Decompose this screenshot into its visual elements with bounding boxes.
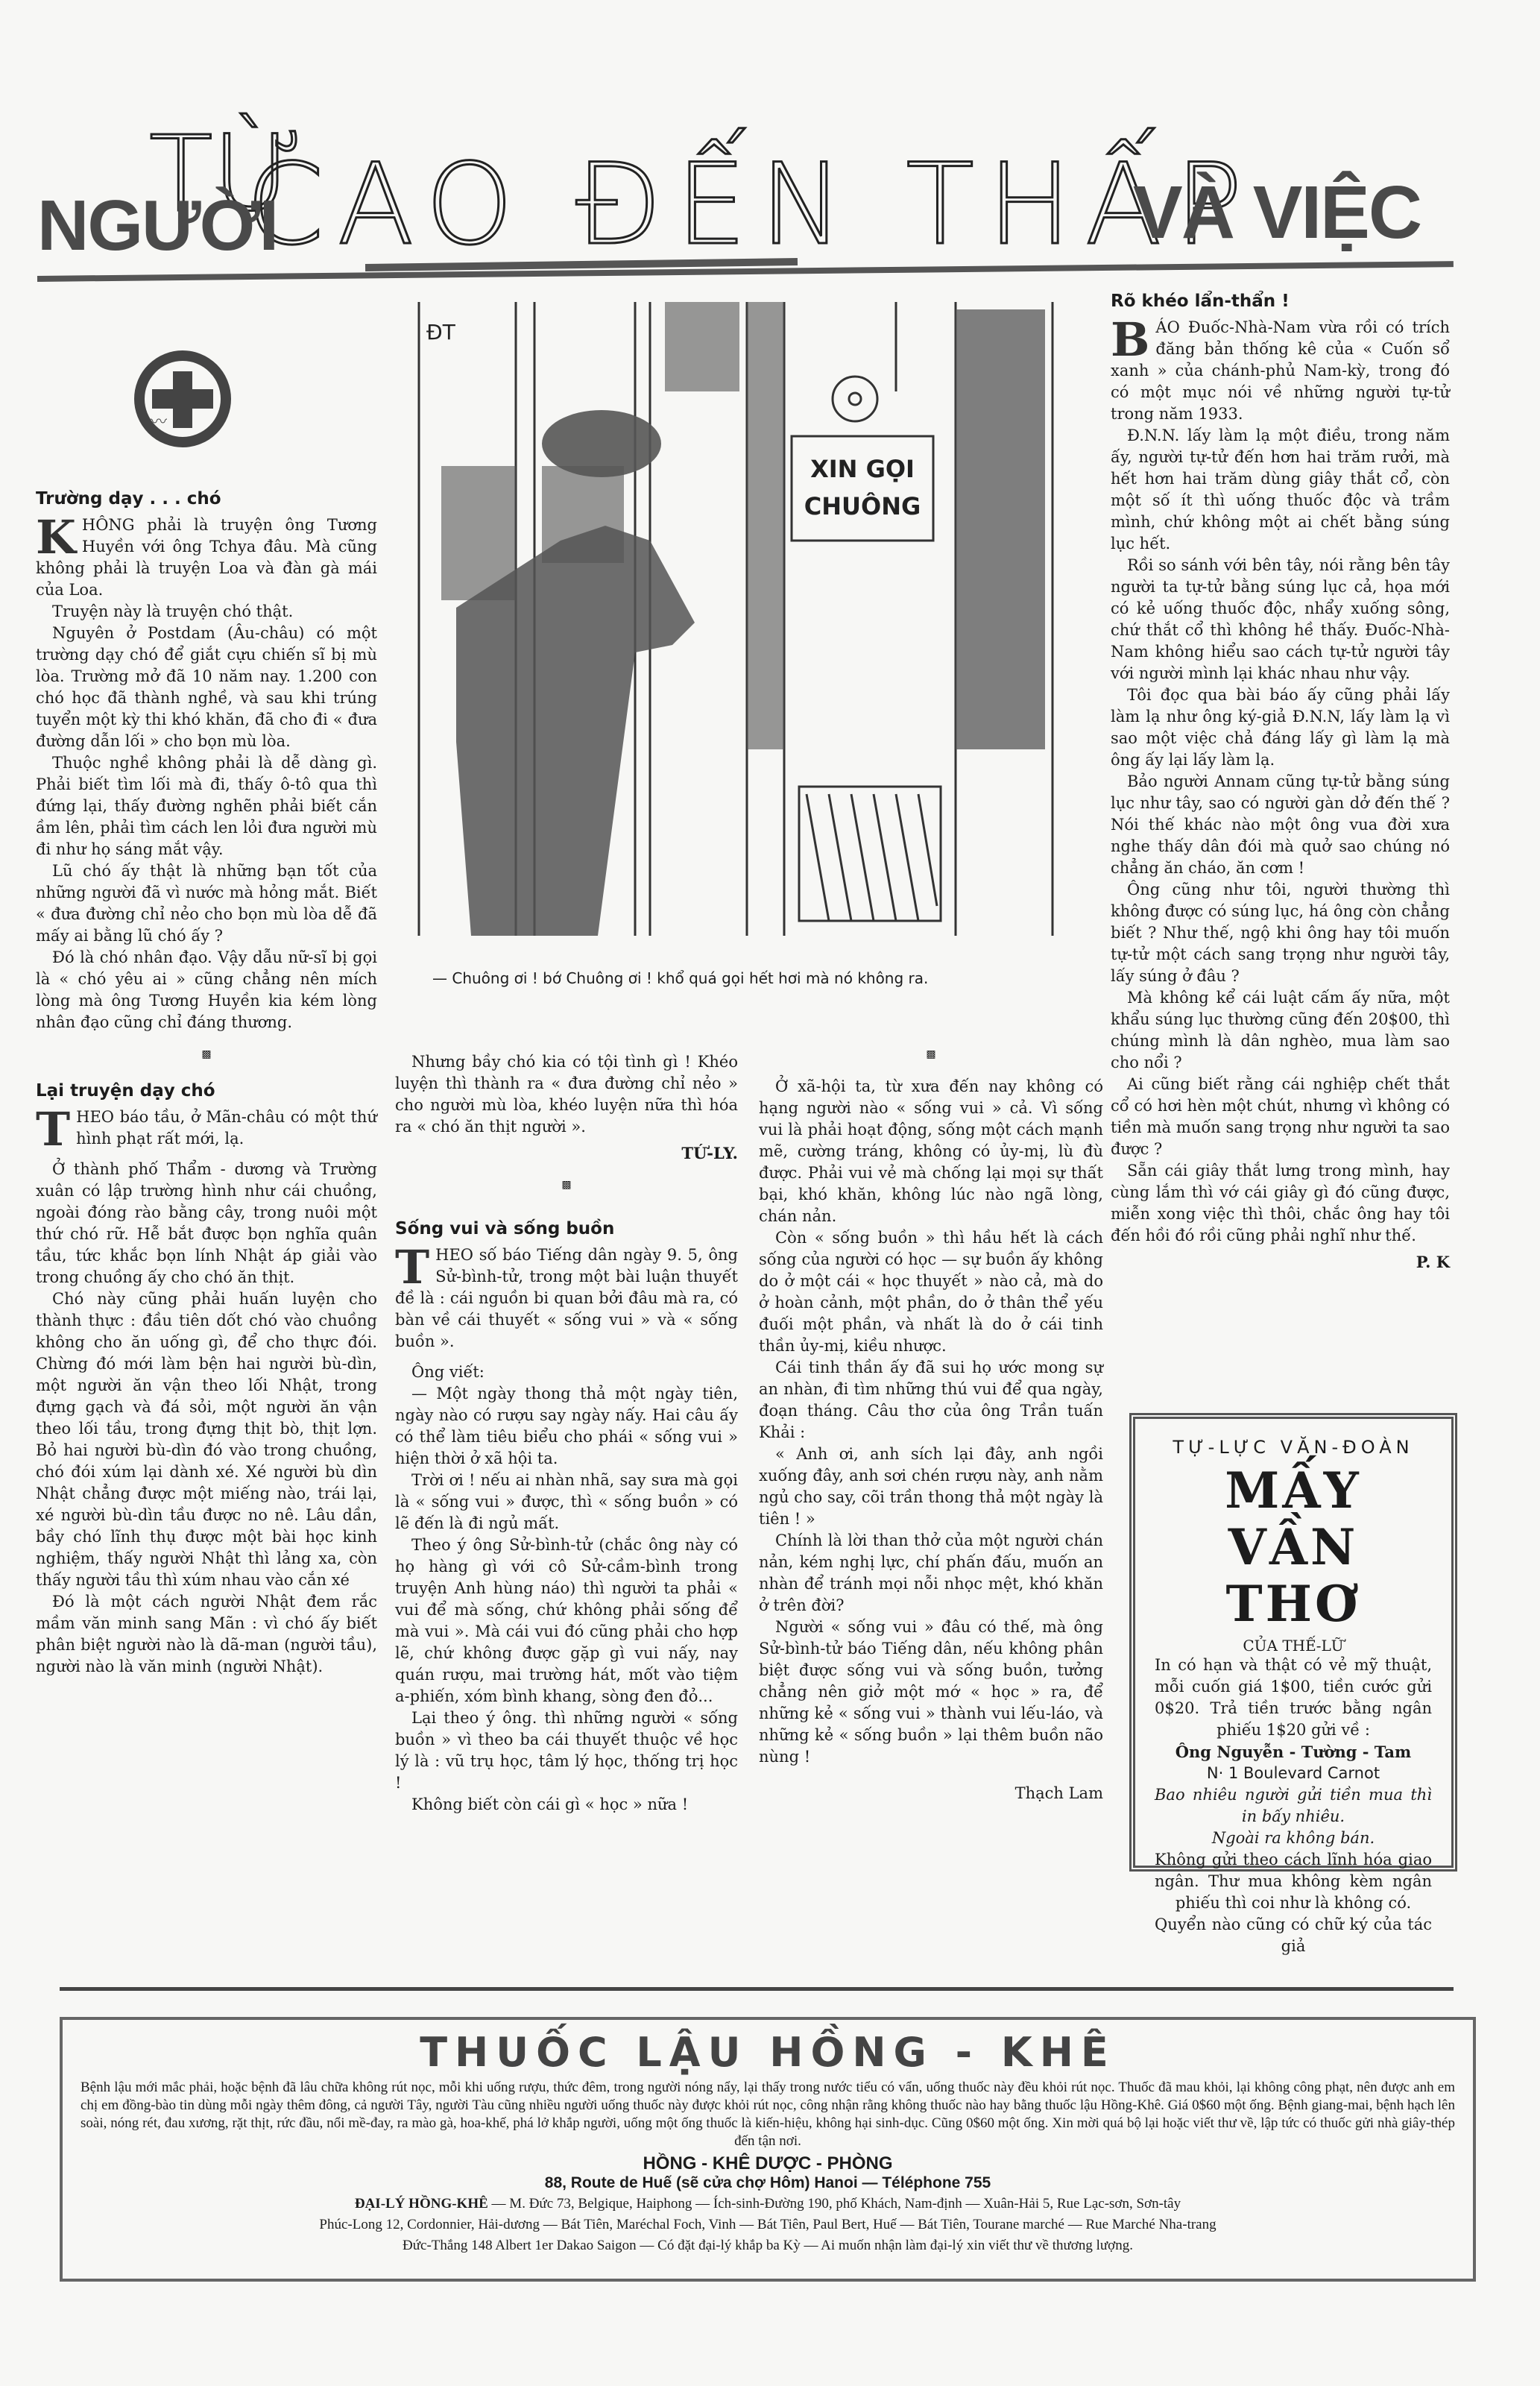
article-paragraph: Còn « sống buồn » thì hầu hết là cách số… — [759, 1227, 1103, 1357]
article-paragraph: Người « sống vui » đâu có thế, mà ông Sử… — [759, 1617, 1103, 1768]
article-paragraph: Ở thành phố Thẩm - dương và Trường xuân … — [36, 1159, 377, 1288]
article-title: Sống vui và sống buồn — [395, 1218, 738, 1240]
column-3: ▩ Ở xã-hội ta, từ xưa đến nay không có h… — [759, 1044, 1103, 1804]
article-paragraph: Theo ý ông Sử-bình-tử (chắc ông này có h… — [395, 1534, 738, 1707]
ad-note-italic: Bao nhiêu người gửi tiền mua thì in bấy … — [1155, 1784, 1432, 1828]
article-title: Lại truyện dạy chó — [36, 1080, 377, 1102]
ad-note-italic-2: Ngoài ra không bán. — [1155, 1828, 1432, 1849]
article-paragraph: Ông cũng như tôi, người thường thì không… — [1111, 879, 1450, 987]
column-4: Rõ khéo lẩn-thẩn ! BÁO Đuốc-Nhà-Nam vừa … — [1111, 291, 1450, 1273]
article-paragraph: Lũ chó ấy thật là những bạn tốt của nhữn… — [36, 860, 377, 947]
cross-emblem-icon: 〰 — [134, 350, 231, 447]
column-2: Nhưng bầy chó kia có tội tình gì ! Khéo … — [395, 1051, 738, 1816]
article-lead: HÔNG phải là truyện ông Tương Huyền với … — [36, 516, 377, 599]
book-advertisement: TỰ-LỰC VĂN-ĐOÀN MẤY VẦN THƠ CỦA THẾ-LỮ I… — [1129, 1413, 1457, 1872]
drop-cap: T — [36, 1109, 70, 1150]
section-ornament: ▩ — [36, 1044, 377, 1065]
article-signature: Thạch Lam — [759, 1783, 1103, 1804]
ad-signature-note: Quyển nào cũng có chữ ký của tác giả — [1155, 1914, 1432, 1957]
ad-body: In có hạn và thật có vẻ mỹ thuật, mỗi cu… — [1155, 1655, 1432, 1741]
article-lead: HEO báo tầu, ở Mãn-châu có một thứ hình … — [76, 1108, 377, 1148]
ad-author: CỦA THẾ-LỮ — [1155, 1637, 1432, 1655]
pharmacy-address: 88, Route de Huế (sẽ cửa chợ Hôm) Hanoi … — [81, 2174, 1455, 2192]
drop-cap: B — [1111, 320, 1149, 360]
article-paragraph: Đ.N.N. lấy làm lạ một điều, trong năm ấy… — [1111, 425, 1450, 555]
sign-line-2: CHUÔNG — [804, 491, 921, 520]
ad-headline: THUỐC LẬU HỒNG - KHÊ — [81, 2029, 1455, 2076]
article-paragraph: Không biết còn cái gì « học » nữa ! — [395, 1794, 738, 1816]
article-title: Rõ khéo lẩn-thẩn ! — [1111, 291, 1450, 312]
article-paragraph: Cái tinh thần ấy đã sui họ ước mong sự a… — [759, 1357, 1103, 1444]
article-title: Trường dạy . . . chó — [36, 488, 377, 510]
article-lead: HEO số báo Tiếng dân ngày 9. 5, ông Sử-b… — [395, 1246, 738, 1350]
ad-terms: Không gửi theo cách lĩnh hóa giao ngân. … — [1155, 1849, 1432, 1914]
agents-line-3: Đức-Thắng 148 Albert 1er Dakao Saigon — … — [81, 2237, 1455, 2255]
ad-address: N· 1 Boulevard Carnot — [1155, 1763, 1432, 1784]
article-paragraph: Ở xã-hội ta, từ xưa đến nay không có hạn… — [759, 1076, 1103, 1227]
ad-organization: TỰ-LỰC VĂN-ĐOÀN — [1155, 1437, 1432, 1458]
article-paragraph: Trời ơi ! nếu ai nhàn nhã, say sưa mà gọ… — [395, 1470, 738, 1534]
article-paragraph: Nguyên ở Postdam (Âu-châu) có một trường… — [36, 623, 377, 752]
ad-recipient: Ông Nguyễn - Tường - Tam — [1155, 1741, 1432, 1763]
ad-book-title: MẤY VẦN THƠ — [1155, 1462, 1432, 1632]
article-paragraph: Lại theo ý ông. thì những người « sống b… — [395, 1707, 738, 1794]
drop-cap: K — [36, 517, 76, 558]
column-1: Trường dạy . . . chó KHÔNG phải là truyệ… — [36, 488, 377, 1678]
section-ornament: ▩ — [759, 1044, 1103, 1065]
article-paragraph: Ai cũng biết rằng cái nghiệp chết thắt c… — [1111, 1074, 1450, 1160]
article-signature: P. K — [1111, 1251, 1450, 1273]
article-paragraph: Sẵn cái giây thắt lưng trong mình, hay c… — [1111, 1160, 1450, 1247]
divider-rule — [60, 1987, 1454, 1991]
masthead: TỪ CAO ĐẾN THẤP NGƯỜI VÀ VIỆC — [22, 119, 1439, 291]
ad-body: Bệnh lậu mới mắc phải, hoặc bệnh đã lâu … — [81, 2079, 1455, 2150]
article-paragraph: Tôi đọc qua bài báo ấy cũng phải lấy làm… — [1111, 684, 1450, 771]
article-signature: TỨ-LY. — [395, 1142, 738, 1164]
article-paragraph: Nhưng bầy chó kia có tội tình gì ! Khéo … — [395, 1051, 738, 1138]
poem-quote: « Anh ơi, anh sích lại đây, anh ngồi xuố… — [759, 1444, 1103, 1530]
article-paragraph: Mà không kể cái luật cấm ấy nữa, một khẩ… — [1111, 987, 1450, 1074]
illustrator-signature: ĐT — [426, 320, 456, 344]
masthead-center-title: CAO ĐẾN THẤP — [246, 149, 1256, 261]
sign-line-1: XIN GỌI — [810, 455, 915, 483]
article-paragraph: Chính là lời than thở của một người chán… — [759, 1530, 1103, 1617]
article-paragraph: Ông viết: — [395, 1362, 738, 1383]
masthead-right-word: VÀ VIỆC — [1133, 175, 1421, 250]
article-lead: ÁO Đuốc-Nhà-Nam vừa rồi có trích đăng bả… — [1111, 318, 1450, 423]
article-paragraph: Thuộc nghề không phải là dễ dàng gì. Phả… — [36, 752, 377, 860]
cartoon-illustration: ĐT XIN GỌI CHUÔNG — [411, 295, 1075, 951]
article-paragraph: Đó là chó nhân đạo. Vậy dẫu nữ-sĩ bị gọi… — [36, 947, 377, 1033]
agents-line-2: Phúc-Long 12, Cordonnier, Hải-dương — Bá… — [81, 2216, 1455, 2234]
drop-cap: T — [395, 1247, 429, 1288]
pharmacy-name: HỒNG - KHÊ DƯỢC - PHÒNG — [81, 2153, 1455, 2174]
medicine-advertisement: THUỐC LẬU HỒNG - KHÊ Bệnh lậu mới mắc ph… — [60, 2017, 1476, 2282]
article-paragraph: Đó là một cách người Nhật đem rắc mầm vă… — [36, 1591, 377, 1678]
illustration-caption: — Chuông ơi ! bớ Chuông ơi ! khổ quá gọi… — [432, 969, 1088, 987]
article-paragraph: Truyện này là truyện chó thật. — [36, 601, 377, 623]
article-paragraph: — Một ngày thong thả một ngày tiên, ngày… — [395, 1383, 738, 1470]
agents-line-1: ĐẠI-LÝ HỒNG-KHÊ — M. Đức 73, Belgique, H… — [81, 2195, 1455, 2213]
article-paragraph: Bảo người Annam cũng tự-tử bằng súng lục… — [1111, 771, 1450, 879]
article-paragraph: Rồi so sánh với bên tây, nói rằng bên tâ… — [1111, 555, 1450, 684]
masthead-left-word: NGƯỜI — [37, 190, 277, 262]
article-paragraph: Chó này cũng phải huấn luyện cho thành t… — [36, 1288, 377, 1591]
section-ornament: ▩ — [395, 1174, 738, 1196]
